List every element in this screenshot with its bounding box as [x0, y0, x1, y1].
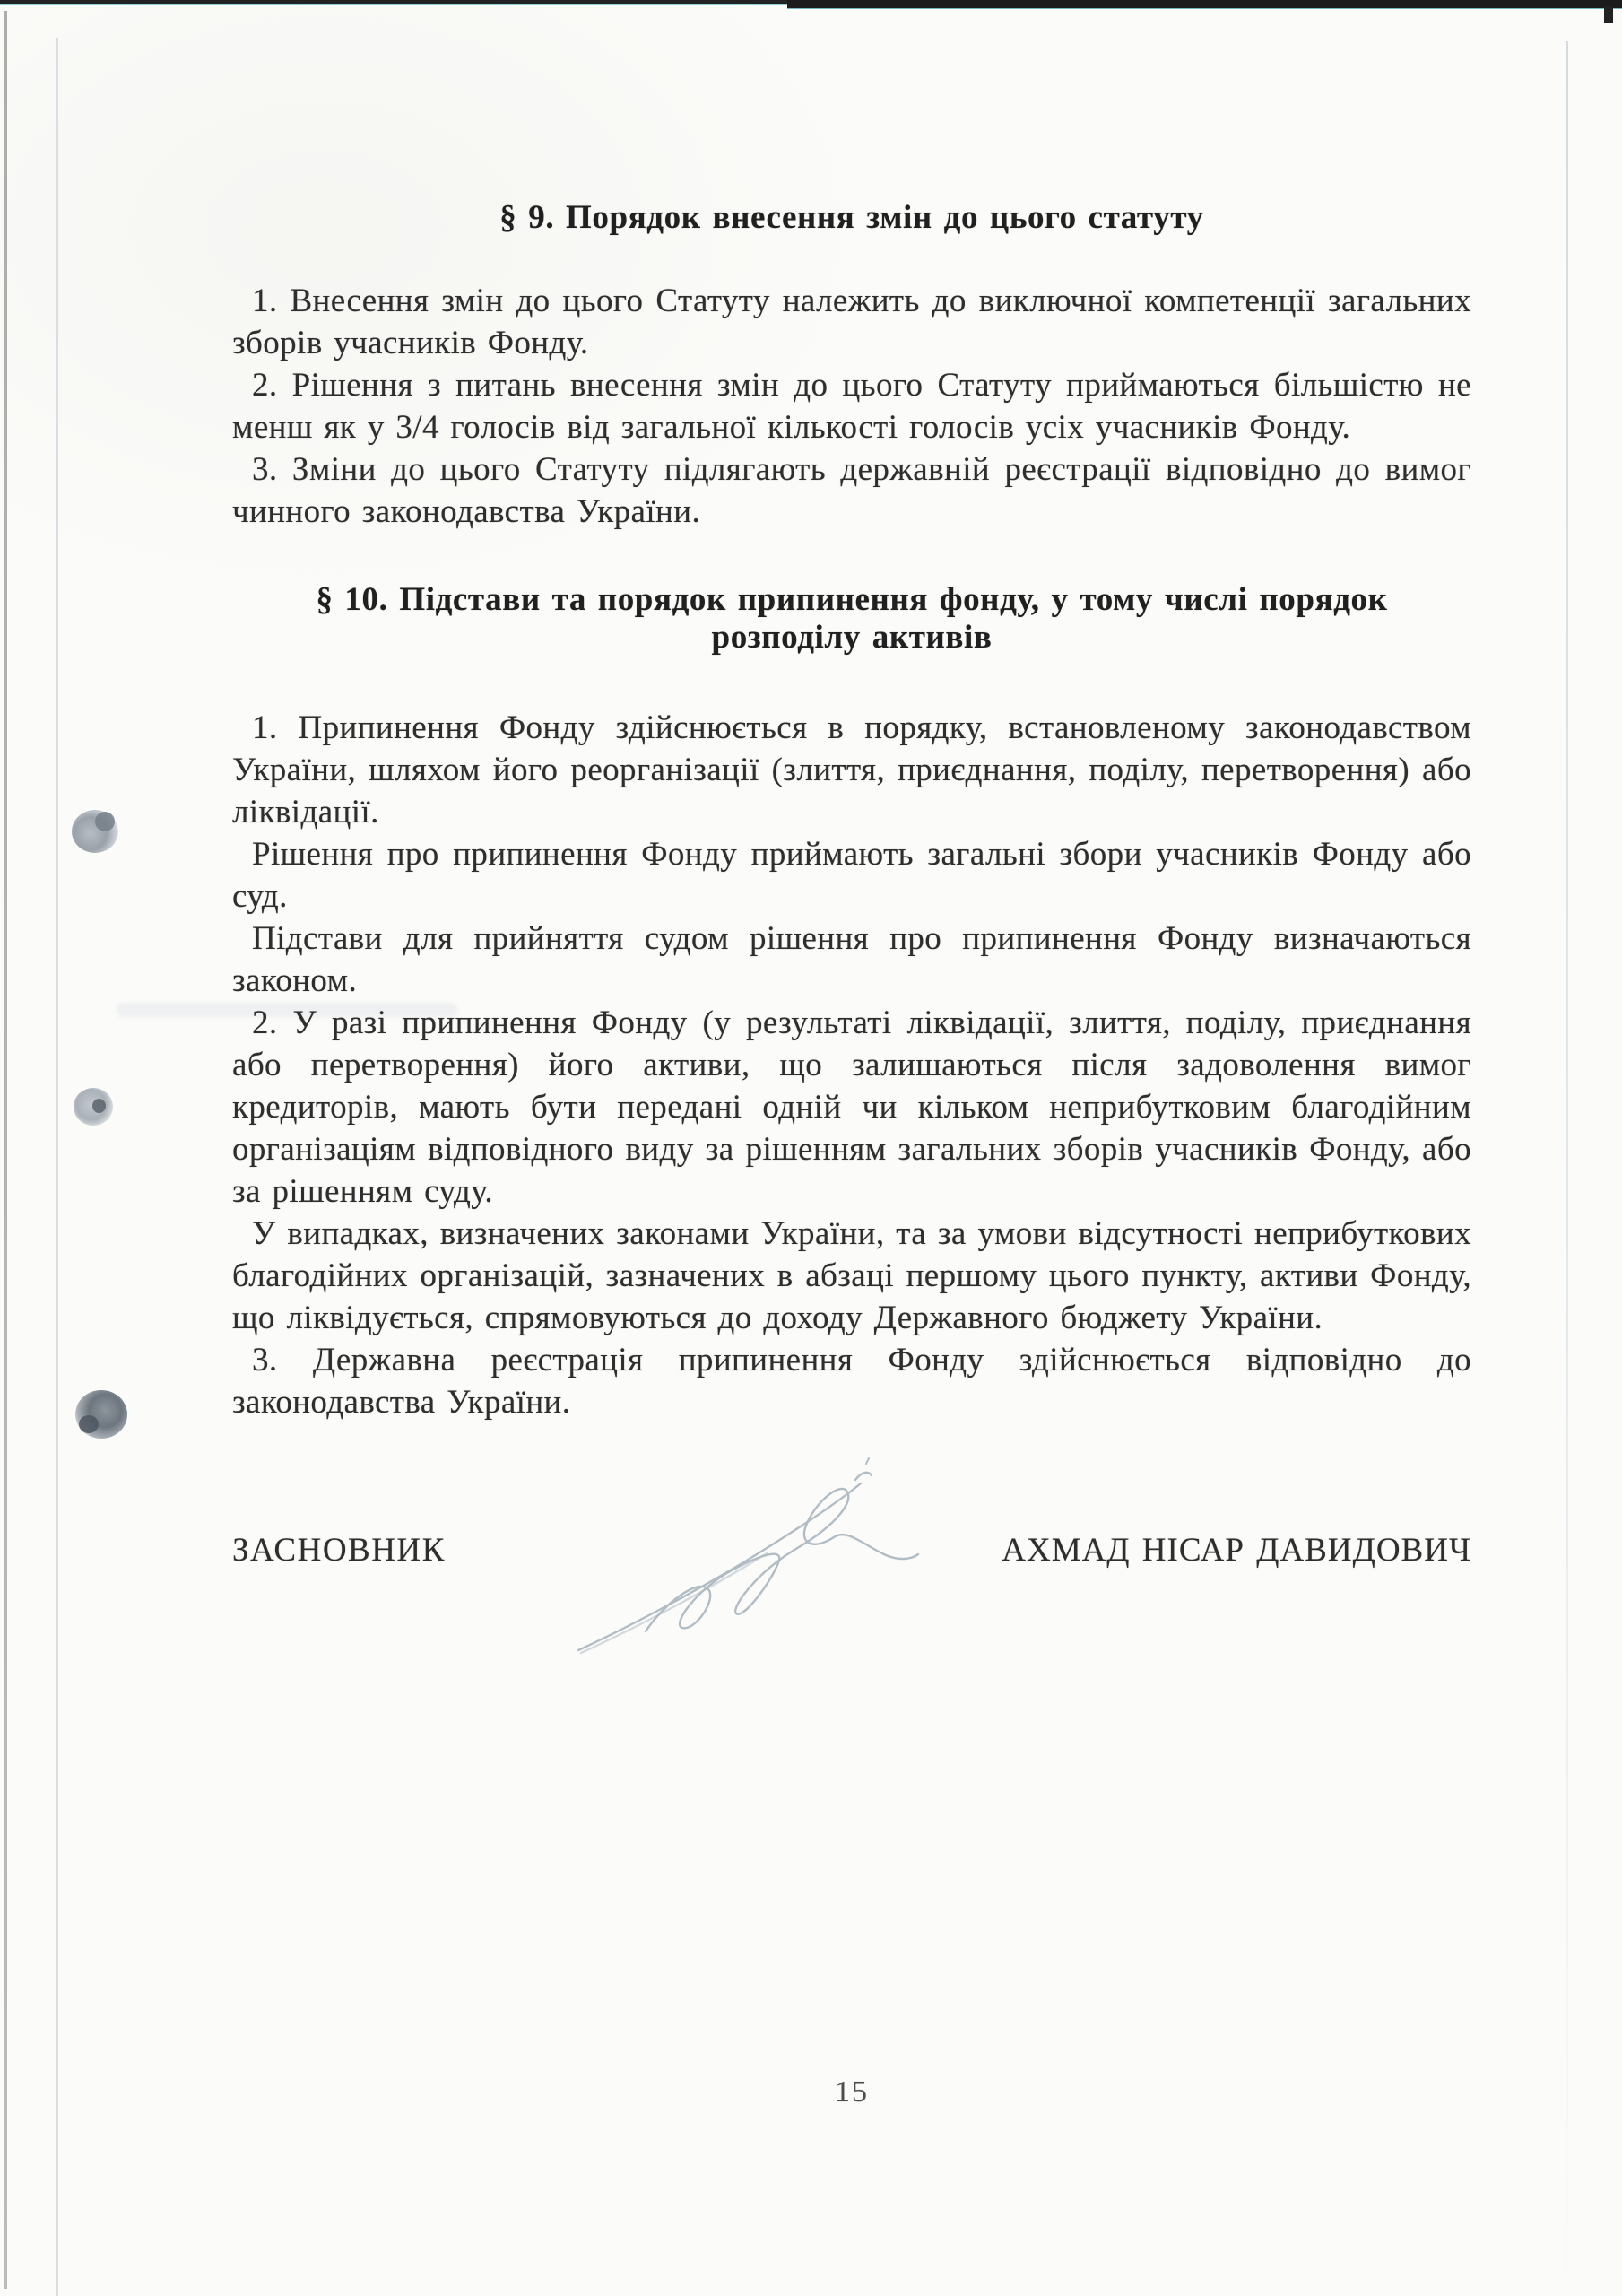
page-number: 15: [232, 2075, 1471, 2109]
grommet-shadow-blob: [92, 1099, 106, 1113]
statute-paragraph: 2. Рішення з питань внесення змін до цьо…: [232, 364, 1471, 448]
statute-paragraph: 2. У разі припинення Фонду (у результаті…: [232, 1002, 1471, 1213]
handwritten-signature: [529, 1446, 941, 1674]
statute-paragraph: 3. Зміни до цього Статуту підлягають дер…: [232, 448, 1471, 533]
scan-corner-tick: [1604, 7, 1613, 23]
binder-grommet-middle: [74, 1088, 113, 1126]
statute-paragraph: 1. Внесення змін до цього Статуту належи…: [232, 280, 1471, 364]
binder-grommet-bottom: [75, 1390, 127, 1439]
section-10-heading-line2: розподілу активів: [232, 619, 1471, 657]
statute-paragraph: 1. Припинення Фонду здійснюється в поряд…: [232, 707, 1471, 833]
statute-paragraph: 3. Державна реєстрація припинення Фонду …: [232, 1339, 1471, 1423]
founder-name: АХМАД НІСАР ДАВИДОВИЧ: [1002, 1529, 1471, 1571]
statute-paragraph: Рішення про припинення Фонду приймають з…: [232, 833, 1471, 918]
section-9-heading: § 9. Порядок внесення змін до цього стат…: [232, 199, 1471, 237]
statute-paragraph: Підстави для прийняття судом рішення про…: [232, 918, 1471, 1002]
binder-grommet-top: [72, 810, 118, 853]
grommet-shadow-blob: [95, 812, 115, 831]
grommet-shadow-blob: [79, 1415, 99, 1433]
scan-left-paper-edge: [4, 11, 7, 2289]
section-10-heading-line1: § 10. Підстави та порядок припинення фон…: [232, 581, 1471, 619]
statute-paragraph: У випадках, визначених законами України,…: [232, 1213, 1471, 1339]
document-text-column: § 9. Порядок внесення змін до цього стат…: [232, 0, 1471, 1571]
founder-label: ЗАСНОВНИК: [232, 1529, 446, 1571]
scan-copy-border-left: [56, 38, 58, 2296]
scan-copy-border-right: [1566, 41, 1568, 2292]
